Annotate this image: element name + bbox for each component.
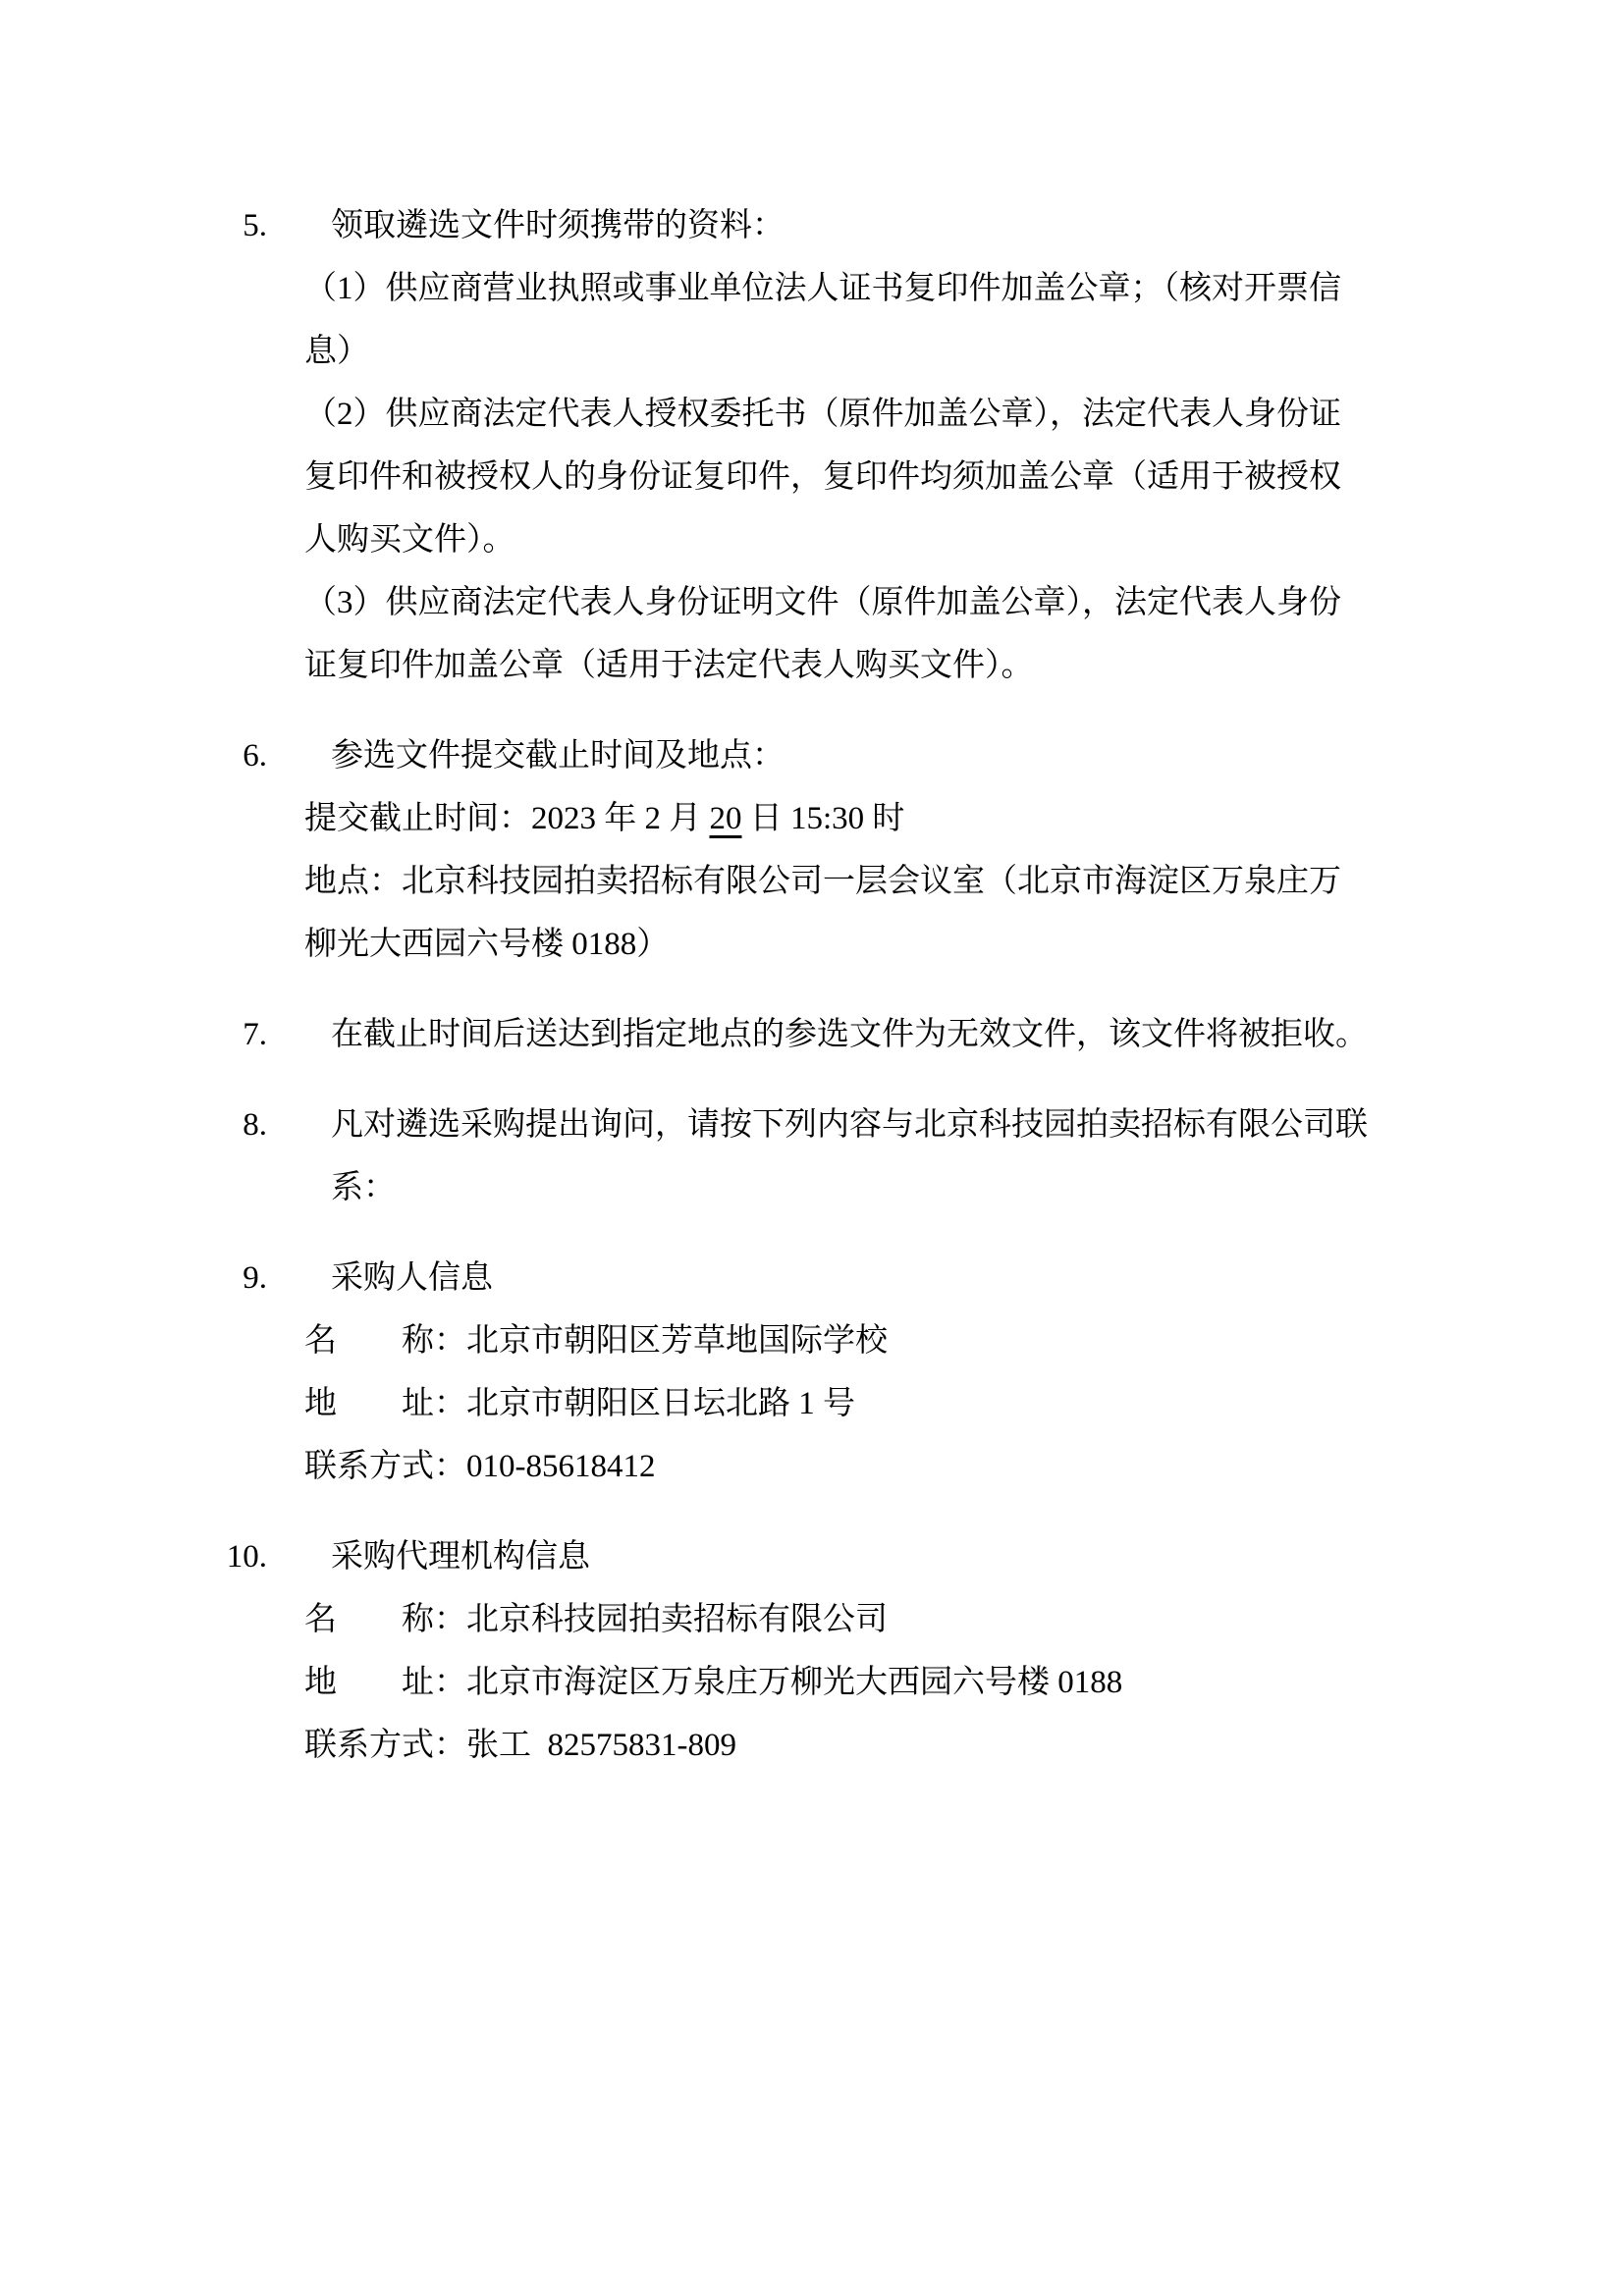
item6-location-line1: 地点：北京科技园拍卖招标有限公司一层会议室（北京市海淀区万泉庄万 — [0, 850, 1624, 913]
item10-contact-line: 联系方式：张工 82575831-809 — [0, 1714, 1624, 1777]
item10-title-line: 10.采购代理机构信息 — [0, 1525, 1624, 1588]
list-item-7: 7.在截止时间后送达到指定地点的参选文件为无效文件，该文件将被拒收。 — [0, 1003, 1624, 1066]
item10-title: 采购代理机构信息 — [331, 1539, 590, 1575]
list-item-5: 5.领取遴选文件时须携带的资料： （1）供应商营业执照或事业单位法人证书复印件加… — [0, 194, 1624, 697]
item5-title-line: 5.领取遴选文件时须携带的资料： — [0, 194, 1624, 257]
item6-title: 参选文件提交截止时间及地点： — [331, 738, 785, 774]
item9-name-line: 名 称：北京市朝阳区芳草地国际学校 — [0, 1309, 1624, 1372]
item8-line1: 8.凡对遴选采购提出询问，请按下列内容与北京科技园拍卖招标有限公司联 — [0, 1094, 1624, 1156]
document-page: 5.领取遴选文件时须携带的资料： （1）供应商营业执照或事业单位法人证书复印件加… — [0, 0, 1624, 2296]
item5-title: 领取遴选文件时须携带的资料： — [331, 208, 785, 243]
deadline-suffix: 日 15:30 时 — [742, 801, 905, 836]
item6-deadline-line: 提交截止时间：2023 年 2 月 20 日 15:30 时 — [0, 787, 1624, 850]
item7-text: 在截止时间后送达到指定地点的参选文件为无效文件，该文件将被拒收。 — [331, 1017, 1368, 1052]
item9-contact-line: 联系方式：010-85618412 — [0, 1435, 1624, 1498]
list-item-10: 10.采购代理机构信息 名 称：北京科技园拍卖招标有限公司 地 址：北京市海淀区… — [0, 1525, 1624, 1777]
item5-sub3-line2: 证复印件加盖公章（适用于法定代表人购买文件）。 — [0, 634, 1624, 697]
document-body: 5.领取遴选文件时须携带的资料： （1）供应商营业执照或事业单位法人证书复印件加… — [0, 194, 1624, 1777]
item5-sub2-line2: 复印件和被授权人的身份证复印件，复印件均须加盖公章（适用于被授权 — [0, 446, 1624, 508]
deadline-prefix: 提交截止时间：2023 年 2 月 — [304, 801, 710, 836]
item5-sub1-line1: （1）供应商营业执照或事业单位法人证书复印件加盖公章；（核对开票信 — [0, 257, 1624, 320]
item7-line: 7.在截止时间后送达到指定地点的参选文件为无效文件，该文件将被拒收。 — [0, 1003, 1624, 1066]
item6-location-line2: 柳光大西园六号楼 0188） — [0, 913, 1624, 976]
item10-address-line: 地 址：北京市海淀区万泉庄万柳光大西园六号楼 0188 — [0, 1651, 1624, 1714]
item5-sub2-line1: （2）供应商法定代表人授权委托书（原件加盖公章），法定代表人身份证 — [0, 383, 1624, 446]
item8-line2: 系： — [0, 1156, 1624, 1219]
list-item-6: 6.参选文件提交截止时间及地点： 提交截止时间：2023 年 2 月 20 日 … — [0, 724, 1624, 976]
item8-text-line1: 凡对遴选采购提出询问，请按下列内容与北京科技园拍卖招标有限公司联 — [331, 1107, 1368, 1143]
item10-name-line: 名 称：北京科技园拍卖招标有限公司 — [0, 1588, 1624, 1651]
list-item-9: 9.采购人信息 名 称：北京市朝阳区芳草地国际学校 地 址：北京市朝阳区日坛北路… — [0, 1247, 1624, 1498]
list-item-8: 8.凡对遴选采购提出询问，请按下列内容与北京科技园拍卖招标有限公司联 系： — [0, 1094, 1624, 1219]
item6-title-line: 6.参选文件提交截止时间及地点： — [0, 724, 1624, 787]
item6-number: 6. — [187, 724, 267, 787]
item5-sub2-line3: 人购买文件）。 — [0, 508, 1624, 571]
deadline-day-underlined: 20 — [710, 801, 742, 836]
item9-address-line: 地 址：北京市朝阳区日坛北路 1 号 — [0, 1372, 1624, 1435]
item7-number: 7. — [187, 1003, 267, 1066]
item9-title: 采购人信息 — [331, 1260, 493, 1296]
item9-title-line: 9.采购人信息 — [0, 1247, 1624, 1309]
item9-number: 9. — [187, 1247, 267, 1309]
item5-number: 5. — [187, 194, 267, 257]
item5-sub1-line2: 息） — [0, 320, 1624, 383]
item8-number: 8. — [187, 1094, 267, 1156]
item5-sub3-line1: （3）供应商法定代表人身份证明文件（原件加盖公章），法定代表人身份 — [0, 571, 1624, 634]
item10-number: 10. — [187, 1525, 267, 1588]
